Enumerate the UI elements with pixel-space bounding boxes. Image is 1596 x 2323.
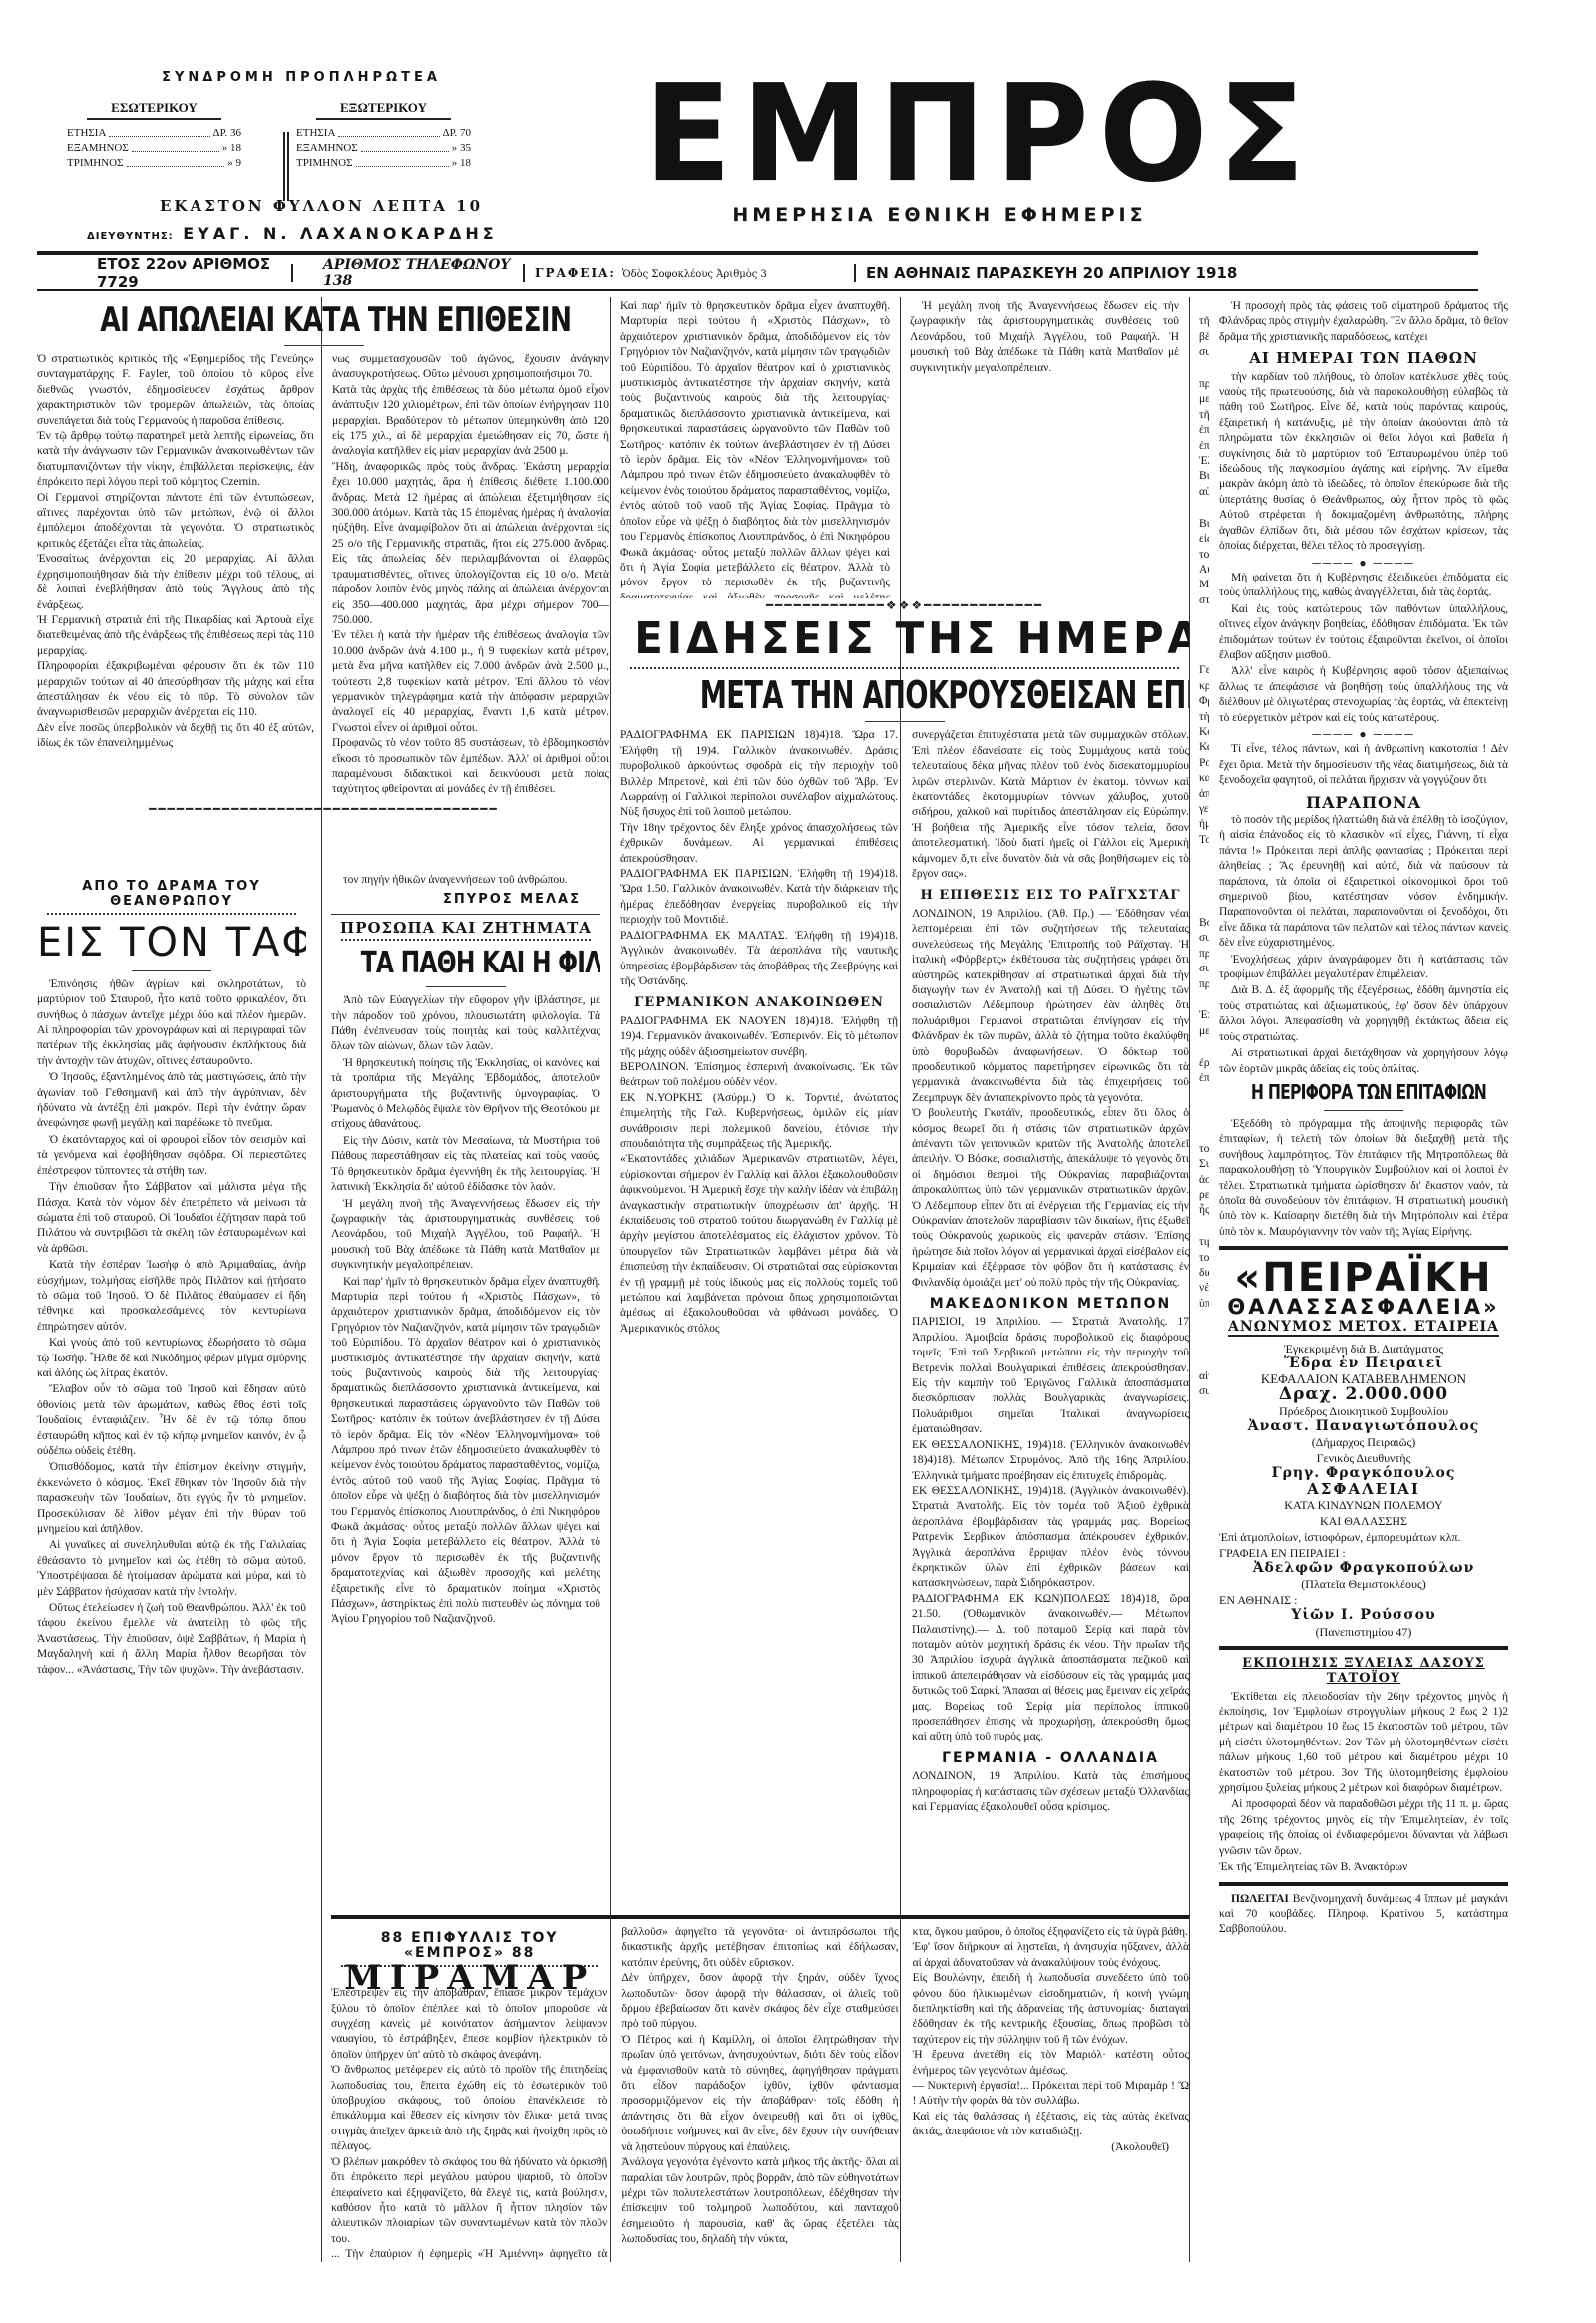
single-copy-price: ΕΚΑΣΤΟΝ ΦΥΛΛΟΝ ΛΕΠΤΑ 10 [112,197,531,215]
serial-col-a: 88 ΕΠΙΦΥΛΛΙΣ ΤΟΥ «ΕΜΠΡΟΣ» 88 ΜΙΡΑΜΑΡ Ἐπέ… [331,1925,607,2264]
column-divider [283,132,289,201]
column-rule [1189,297,1190,2262]
headline-tomb: ΕΙΣ ΤΟΝ ΤΑΦΟΝ [37,919,306,967]
passions-continuation-b: Ἡ μεγάλη πνοὴ τῆς Ἀναγεννήσεως ἔδωσεν εἰ… [910,299,1179,598]
phone-number: ΑΡΙΘΜΟΣ ΤΗΛΕΦΩΝΟΥ 138 [303,257,513,289]
article-passions: τον πηγὴν ἠθικῶν ἀναγεννήσεων τοῦ ἀνθρώπ… [331,873,600,1910]
newspaper-page: ΣΥΝΔΡΟΜΗ ΠΡΟΠΛΗΡΩΤΕΑ ΕΣΩΤΕΡΙΚΟΥ ΕΤΗΣΙΑΔΡ… [22,60,1513,2284]
subscription-box: ΣΥΝΔΡΟΜΗ ΠΡΟΠΛΗΡΩΤΕΑ ΕΣΩΤΕΡΙΚΟΥ ΕΤΗΣΙΑΔΡ… [52,60,571,249]
losses-col2: νως συμμετασχουσῶν τοῦ ἀγῶνος, ἔχουσιν ἀ… [332,352,609,798]
losses-col1: Ὁ στρατιωτικὸς κριτικὸς τῆς «Ἐφημερίδος … [37,352,314,798]
foreign-rates: ΕΞΩΤΕΡΙΚΟΥ ΕΤΗΣΙΑΔΡ. 70 ΕΞΑΜΗΝΟΣ» 35 ΤΡΙ… [296,100,471,171]
kicker-passions: ΠΡΟΣΩΠΑ ΚΑΙ ΖΗΤΗΜΑΤΑ [331,921,600,936]
news-col4: συνεργάζεται ἐπιτυχέστατα μετὰ τῶν συμμα… [912,728,1189,1815]
dateline: ΕΝ ΑΘΗΝΑΙΣ ΠΑΡΑΣΚΕΥΗ 20 ΑΠΡΙΛΙΟΥ 1918 [866,264,1237,282]
byline: ΣΠΥΡΟΣ ΜΕΛΑΣ [351,892,581,907]
subscription-title: ΣΥΝΔΡΟΜΗ ΠΡΟΠΛΗΡΩΤΕΑ [142,70,461,85]
headline-losses: ΑΙ ΑΠΩΛΕΙΑΙ ΚΑΤΑ ΤΗΝ ΕΠΙΘΕΣΙΝ [100,299,548,341]
newspaper-logo: ΕΜΠΡΟΣ [600,77,1359,193]
issue-info-bar: ΕΤΟΣ 22ον ΑΡΙΘΜΟΣ 7729 ΑΡΙΘΜΟΣ ΤΗΛΕΦΩΝΟΥ… [37,259,1478,287]
news-col3: ΡΑΔΙΟΓΡΑΦΗΜΑ ΕΚ ΠΑΡΙΣΙΩΝ 18)4)18. Ὥρα 17… [620,728,898,1815]
serial-title: ΜΙΡΑΜΑΡ [331,1971,607,1986]
domestic-label: ΕΣΩΤΕΡΙΚΟΥ [87,100,221,120]
issue-number: ΕΤΟΣ 22ον ΑΡΙΘΜΟΣ 7729 [37,255,281,291]
foreign-label: ΕΞΩΤΕΡΙΚΟΥ [316,100,451,120]
ad-insurance: «ΠΕΙΡΑΪΚΗ ΘΑΛΑΣΣΑΣΦΑΛΕΙΑ» ΑΝΩΝΥΜΟΣ ΜΕΤΟΧ… [1219,1256,1508,1640]
headline-timber: ΕΚΠΟΙΗΣΙΣ ΞΥΛΕΙΑΣ ΔΑΣΟΥΣ ΤΑΤΟΪΟΥ [1219,1656,1508,1687]
passions-continuation-a: Καὶ παρ' ἡμῖν τὸ θρησκευτικὸν δρᾶμα εἶχε… [620,299,890,598]
news-section-title: ΕΙΔΗΣΕΙΣ ΤΗΣ ΗΜΕΡΑΣ [634,613,1175,665]
domestic-rates: ΕΣΩΤΕΡΙΚΟΥ ΕΤΗΣΙΑΔΡ. 36 ΕΞΑΜΗΝΟΣ» 18 ΤΡΙ… [67,100,241,171]
offices: ΓΡΑΦΕΙΑ: Ὁδὸς Σοφοκλέους Ἀριθμὸς 3 [535,266,844,280]
to-be-continued: (Ἀκολουθεῖ) [913,2140,1169,2155]
serial-miramar: 88 ΕΠΙΦΥΛΛΙΣ ΤΟΥ «ΕΜΠΡΟΣ» 88 ΜΙΡΑΜΑΡ Ἐπέ… [331,1915,1189,2264]
article-tomb: ΑΠΟ ΤΟ ΔΡΑΜΑ ΤΟΥ ΘΕΑΝΘΡΩΠΟΥ ΕΙΣ ΤΟΝ ΤΑΦΟ… [37,873,306,2264]
ad-for-sale: ΠΩΛΕΙΤΑΙ Βενζινομηχανὴ δυνάμεως 4 ἵππων … [1219,1892,1508,1938]
headline-epitaph: Η ΠΕΡΙΦΟΡΑ ΤΩΝ ΕΠΙΤΑΦΙΩΝ [1251,1078,1476,1106]
headline-passions: ΤΑ ΠΑΘΗ ΚΑΙ Η ΦΙΛΟΛΟΓΙΑ [361,945,572,982]
headline-days-of-passion: ΑΙ ΗΜΕΡΑΙ ΤΩΝ ΠΑΘΩΝ [1219,351,1508,366]
serial-col-b: βαλλοῦσ» ἀφηγεῖτο τὰ γεγονότα· οἱ ἀντιπρ… [621,1925,898,2264]
info-rule [37,289,1478,291]
article-losses: ΑΙ ΑΠΩΛΕΙΑΙ ΚΑΤΑ ΤΗΝ ΕΠΙΘΕΣΙΝ Ὁ στρατιωτ… [37,299,610,817]
serial-col-c: κτα, ὄγκου μαύρου, ὁ ὁποῖος ἐξηφανίζετο … [913,1925,1189,2264]
headline-complaints: ΠΑΡΑΠΟΝΑ [1219,795,1508,810]
director-line: ΔΙΕΥΘΥΝΤΗΣ: ΕΥΑΓ. Ν. ΛΑΧΑΝΟΚΑΡΔΗΣ [87,224,566,243]
newspaper-tagline: ΗΜΕΡΗΣΙΑ ΕΘΝΙΚΗ ΕΦΗΜΕΡΙΣ [660,204,1219,226]
kicker-tomb: ΑΠΟ ΤΟ ΔΡΑΜΑ ΤΟΥ ΘΕΑΝΘΡΩΠΟΥ [37,879,306,910]
right-column: Ἡ προσοχὴ πρὸς τὰς φάσεις τοῦ αἱματηροῦ … [1209,299,1508,2264]
headline-news: ΜΕΤΑ ΤΗΝ ΑΠΟΚΡΟΥΣΘΕΙΣΑΝ ΕΠΙΘΕΣΙΝ [700,673,1109,717]
